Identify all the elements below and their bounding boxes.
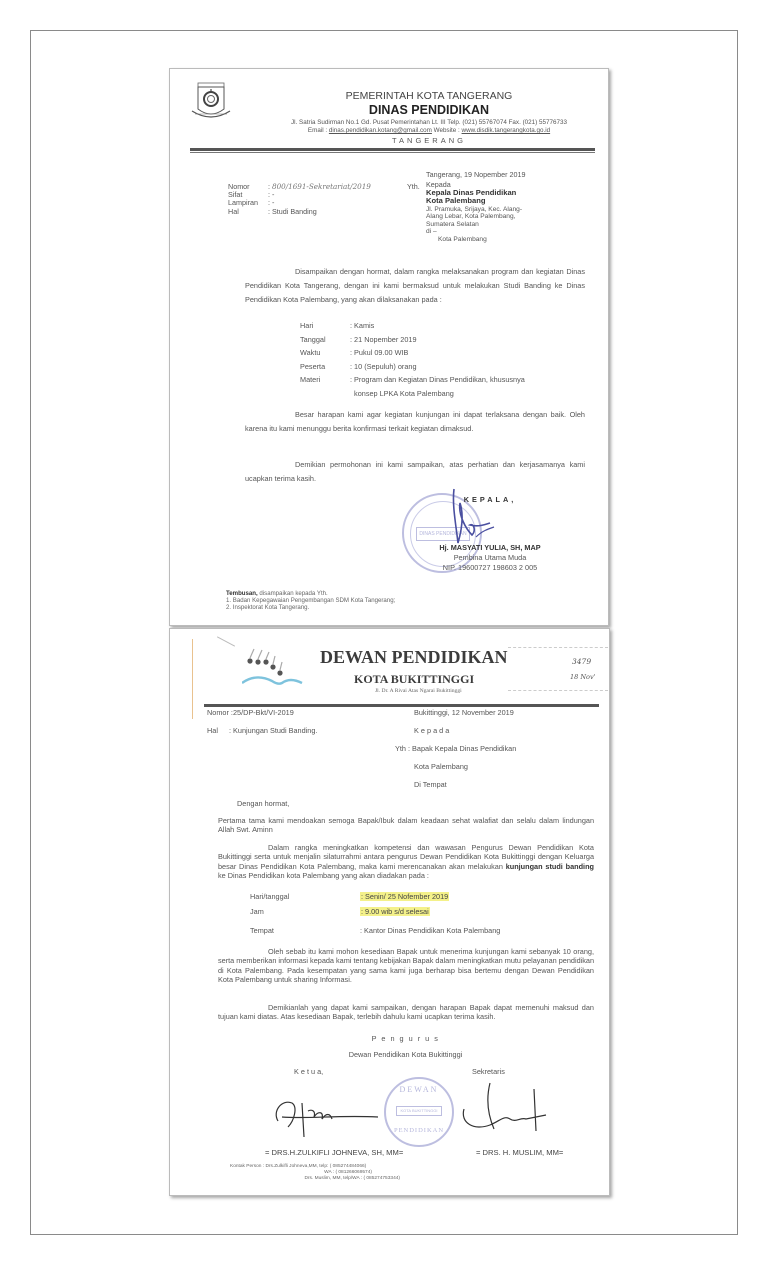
ketua-signature-icon (268, 1081, 388, 1143)
signatory-rank: Pembina Utama Muda (400, 553, 580, 563)
meta-row-hal: Hal: Studi Banding (228, 208, 371, 216)
schedule-row: Waktu: Pukul 09.00 WIB (300, 346, 525, 360)
schedule-row: konsep LPKA Kota Palembang (300, 387, 525, 401)
letter-number: Nomor :25/DP-Bkt/VI-2019 (207, 707, 294, 720)
schedule-row: Tanggal: 21 Nopember 2019 (300, 333, 525, 347)
letter-meta: Nomor: 800/1691-Sekretariat/2019 Sifat: … (228, 183, 371, 216)
schedule-row: Hari: Kamis (300, 319, 525, 333)
signatory-nip: NIP. 19600727 198603 2 005 (400, 563, 580, 573)
signature-title: KEPALA, (420, 495, 560, 505)
recipient-address-1: Jl. Pramuka, Srijaya, Kec. Alang- (426, 206, 522, 214)
website-link[interactable]: www.disdik.tangerangkota.go.id (462, 127, 551, 134)
website-label: Website : (434, 127, 460, 134)
letter-date: Tangerang, 19 Nopember 2019 (426, 171, 526, 179)
letterhead-divider-thin (190, 152, 595, 153)
recipient-di-tempat: Di Tempat (414, 779, 447, 792)
handwritten-note-number: 3479 (572, 657, 591, 666)
sekretaris-name: = DRS. H. MUSLIM, MM= (476, 1148, 563, 1157)
contact-person-block: Kontak Person : Drs.Zulkifli Johneva,MM,… (230, 1164, 400, 1183)
letter-subject: Hal: Kunjungan Studi Banding. (207, 725, 317, 738)
carbon-copy-list: Tembusan, disampaikan kepada Yth. 1. Bad… (226, 590, 395, 611)
cc-heading: Tembusan, disampaikan kepada Yth. (226, 590, 395, 597)
paragraph-closing: Demikianlah yang dapat kami sampaikan, d… (218, 1003, 594, 1022)
paragraph-greeting: Pertama tama kami mendoakan semoga Bapak… (218, 816, 594, 835)
scan-mark (217, 636, 235, 646)
salutation: Dengan hormat, (237, 798, 289, 811)
recipient-address-2: Alang Lebar, Kota Palembang, (426, 213, 522, 221)
recipient-name-city: Kota Palembang (426, 196, 486, 205)
recipient-address-3: Sumatera Selatan (426, 221, 522, 229)
recipient-kepada: K e p a d a (414, 725, 449, 738)
letterhead-address: Jl. Satria Sudirman No.1 Gd. Pusat Pemer… (170, 119, 608, 126)
schedule-row: Jam: 9.00 wib s/d selesai (250, 904, 500, 919)
sekretaris-signature-icon (450, 1079, 560, 1139)
letter-date: Bukittinggi, 12 November 2019 (414, 707, 514, 720)
received-stamp-box (508, 647, 608, 691)
letter-page-tangerang: PEMERINTAH KOTA TANGERANG DINAS PENDIDIK… (169, 68, 609, 626)
schedule-table: Hari/tanggal: Senin/ 25 Nofember 2019 Ja… (250, 889, 500, 938)
letterhead-agency: DINAS PENDIDIKAN (170, 103, 608, 117)
letter-page-bukittinggi: DEWAN PENDIDIKAN KOTA BUKITTINGGI Jl. Dr… (169, 628, 610, 1196)
margin-line (192, 639, 193, 719)
recipient-city: Kota Palembang (414, 761, 468, 774)
schedule-row: Tempat: Kantor Dinas Pendidikan Kota Pal… (250, 923, 500, 938)
dewan-stamp-icon: DEWAN KOTA BUKITTINGGI PENDIDIKAN (384, 1077, 454, 1147)
schedule-row: Materi: Program dan Kegiatan Dinas Pendi… (300, 373, 525, 387)
ketua-label: K e t u a, (294, 1066, 323, 1079)
letterhead-government: PEMERINTAH KOTA TANGERANG (170, 90, 608, 102)
sekretaris-label: Sekretaris (472, 1066, 505, 1079)
letterhead-subtitle: KOTA BUKITTINGGI (354, 672, 474, 687)
letterhead-address: Jl. Dr. A Rivai Atas Ngarai Bukittinggi (375, 688, 462, 694)
paragraph-hope: Besar harapan kami agar kegiatan kunjung… (245, 408, 585, 436)
paragraph-request: Oleh sebab itu kami mohon kesediaan Bapa… (218, 947, 594, 985)
recipient-city: Kota Palembang (426, 236, 522, 244)
paragraph-intro: Disampaikan dengan hormat, dalam rangka … (245, 265, 585, 306)
meta-row-nomor: Nomor: 800/1691-Sekretariat/2019 (228, 183, 371, 191)
closing-org: Dewan Pendidikan Kota Bukittinggi (170, 1049, 610, 1062)
schedule-row: Hari/tanggal: Senin/ 25 Nofember 2019 (250, 889, 500, 904)
signature-block: Hj. MASYATI YULIA, SH, MAP Pembina Utama… (400, 543, 580, 572)
schedule-table: Hari: Kamis Tanggal: 21 Nopember 2019 Wa… (300, 319, 525, 401)
recipient-block: Kepada Kepala Dinas Pendidikan Kota Pale… (426, 181, 522, 244)
handwritten-note-date: 18 Nov' (570, 673, 595, 681)
cc-item: 1. Badan Kepegawaian Pengembangan SDM Ko… (226, 597, 395, 604)
letterhead-title: DEWAN PENDIDIKAN (320, 647, 508, 668)
schedule-row: Peserta: 10 (Sepuluh) orang (300, 360, 525, 374)
email-link[interactable]: dinas.pendidikan.kotang@gmail.com (329, 127, 432, 134)
contact-line: Drs. Muslim, MM, telp/WA : ( 08527475334… (230, 1176, 400, 1182)
recipient-di: di – (426, 228, 522, 236)
letterhead-contact: Email : dinas.pendidikan.kotang@gmail.co… (170, 127, 608, 134)
letterhead-divider (190, 148, 595, 151)
recipient-yth: Yth. (407, 183, 420, 191)
paragraph-purpose: Dalam rangka meningkatkan kompetensi dan… (218, 843, 594, 881)
signatory-name: Hj. MASYATI YULIA, SH, MAP (439, 543, 540, 552)
closing-pengurus: P e n g u r u s (170, 1033, 610, 1046)
paragraph-closing: Demikian permohonan ini kami sampaikan, … (245, 458, 585, 486)
ketua-name: = DRS.H.ZULKIFLI JOHNEVA, SH, MM= (265, 1148, 403, 1157)
dewan-pendidikan-logo-icon (242, 647, 328, 691)
email-label: Email : (308, 127, 327, 134)
recipient-name: Yth : Bapak Kepala Dinas Pendidikan (395, 743, 516, 756)
letterhead-city: TANGERANG (170, 136, 608, 145)
cc-item: 2. Inspektorat Kota Tangerang. (226, 604, 395, 611)
